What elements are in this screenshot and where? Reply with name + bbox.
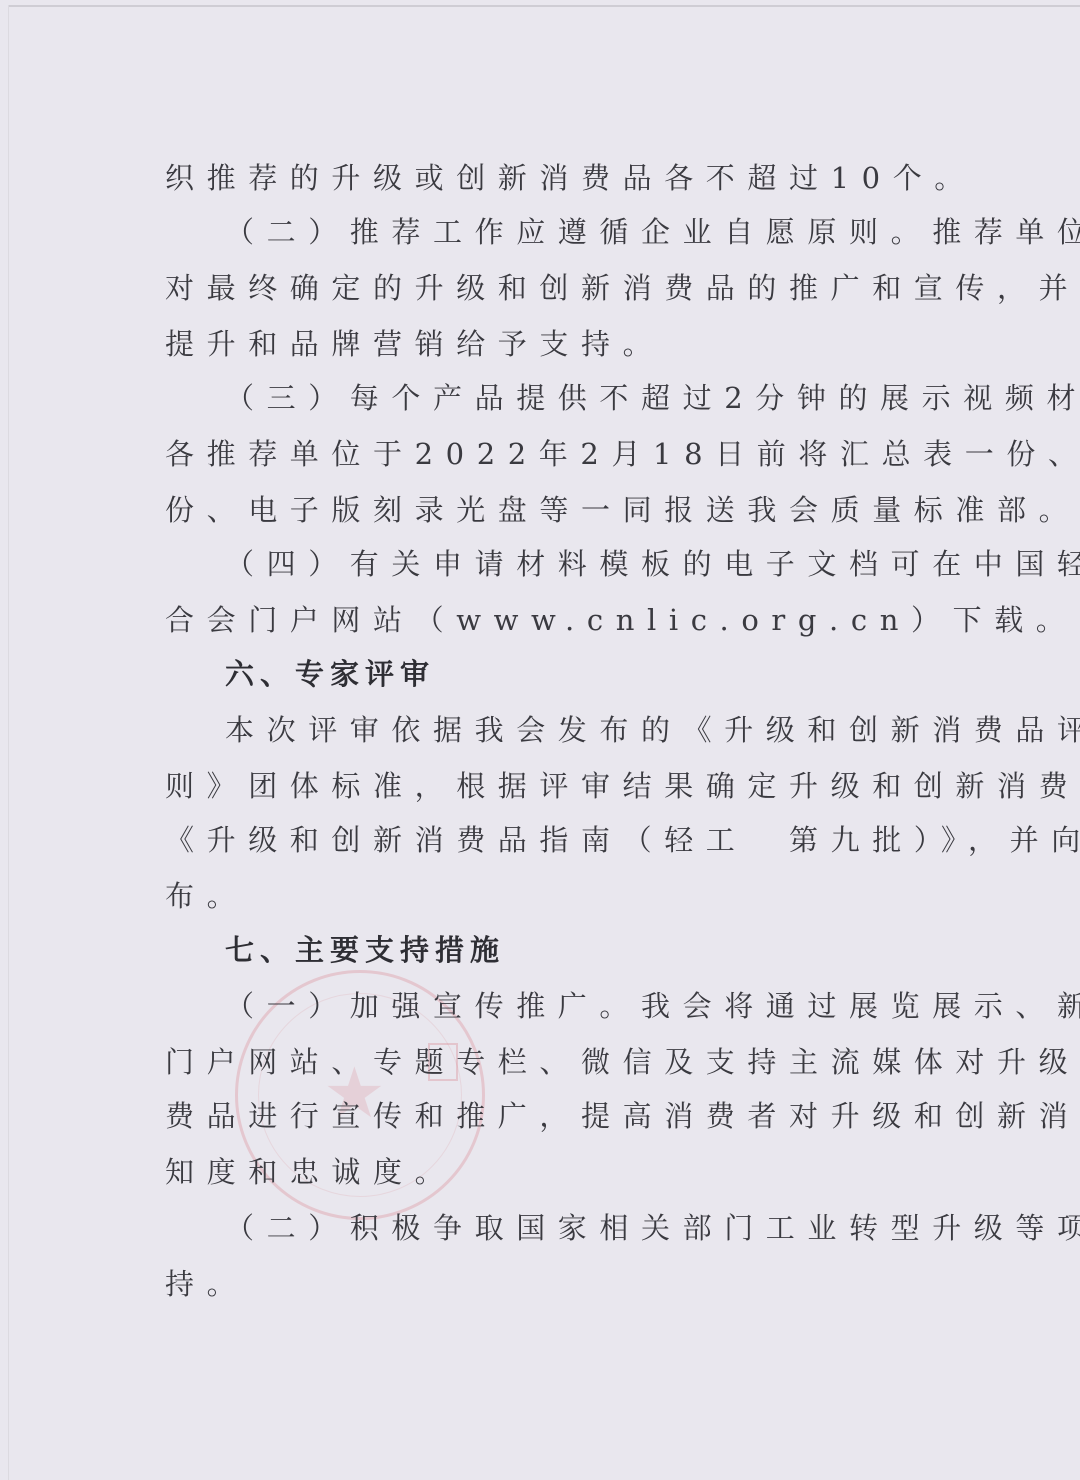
doc-line: （三）每个产品提供不超过2分钟的展示视频材料，请 [225,378,1080,418]
doc-line: 布。 [165,876,248,916]
doc-line: （二）推荐工作应遵循企业自愿原则。推荐单位应加强 [225,212,1080,252]
section-heading: 七、主要支持措施 [225,930,505,970]
doc-line: 各推荐单位于2022年2月18日前将汇总表一份、申报书一 [165,434,1080,474]
doc-line: 费品进行宣传和推广，提高消费者对升级和创新消费品的认 [165,1096,1080,1136]
section-heading: 六、专家评审 [225,654,435,694]
doc-line: （一）加强宣传推广。我会将通过展览展示、新闻发布、 [225,986,1080,1026]
doc-line: 对最终确定的升级和创新消费品的推广和宣传，并对其品质 [165,268,1080,308]
scan-page-edge-left [8,5,9,1480]
doc-line: 《升级和创新消费品指南（轻工 第九批）》，并向社会公 [165,820,1080,860]
doc-line: （二）积极争取国家相关部门工业转型升级等项目支 [225,1208,1080,1248]
doc-line: 知度和忠诚度。 [165,1152,456,1192]
doc-line: 织推荐的升级或创新消费品各不超过10个。 [165,158,976,198]
doc-line: 合会门户网站（www.cnlic.org.cn）下载。 [165,600,1077,640]
doc-line: 份、电子版刻录光盘等一同报送我会质量标准部。 [165,490,1080,530]
doc-line: （四）有关申请材料模板的电子文档可在中国轻工业联 [225,544,1080,584]
doc-line: 本次评审依据我会发布的《升级和创新消费品评价通 [225,710,1080,750]
doc-line: 则》团体标准，根据评审结果确定升级和创新消费品，编入 [165,766,1080,806]
doc-line: 门户网站、专题专栏、微信及支持主流媒体对升级和创新消 [165,1042,1080,1082]
doc-line: 持。 [165,1264,248,1304]
scan-page-edge-top [8,5,1080,7]
doc-line: 提升和品牌营销给予支持。 [165,324,664,364]
